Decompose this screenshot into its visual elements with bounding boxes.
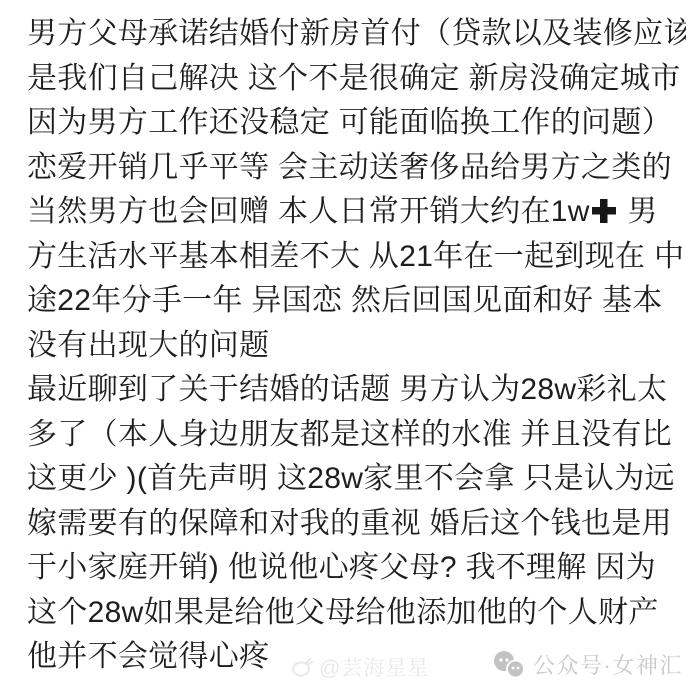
text-line: 于小家庭开销) 他说他心疼父母? 我不理解 因为 [27,546,675,591]
text-line: 没有出现大的问题 [27,324,675,369]
author-watermark-text: @芸海星星 [319,652,429,682]
author-watermark: @芸海星星 [292,652,429,682]
text-line: 方生活水平基本相差不大 从21年在一起到现在 中 [27,235,675,280]
text-line: 途22年分手一年 异国恋 然后回国见面和好 基本 [27,279,675,324]
text-line: 是我们自己解决 这个不是很确定 新房没确定城市 [27,57,675,102]
text-line: 男方父母承诺结婚付新房首付（贷款以及装修应该 [27,12,675,57]
weibo-logo-icon [292,656,314,678]
text-line: 因为男方工作还没稳定 可能面临换工作的问题） [27,101,675,146]
text-line: 当然男方也会回赠 本人日常开销大约在1w 男 [27,190,675,235]
text-segment: 当然男方也会回赠 本人日常开销大约在1w [27,195,590,228]
channel-logo-icon [493,650,526,680]
text-line: 嫁需要有的保障和对我的重视 婚后这个钱也是用 [27,502,675,547]
text-line: 这个28w如果是给他父母给他添加他的个人财产 [27,591,675,636]
channel-watermark: 公众号·女神汇 [493,649,683,680]
text-line: 多了（本人身边朋友都是这样的水准 并且没有比 [27,413,675,458]
post-text-block: 男方父母承诺结婚付新房首付（贷款以及装修应该 是我们自己解决 这个不是很确定 新… [27,12,675,680]
text-line: 最近聊到了关于结婚的话题 男方认为28w彩礼太 [27,368,675,413]
post-screenshot: 男方父母承诺结婚付新房首付（贷款以及装修应该 是我们自己解决 这个不是很确定 新… [0,0,686,691]
channel-watermark-text: 公众号·女神汇 [533,649,683,680]
text-segment: 男 [619,195,658,228]
text-line: 这更少 )(首先声明 这28w家里不会拿 只是认为远 [27,457,675,502]
text-line: 恋爱开销几乎平等 会主动送奢侈品给男方之类的 [27,146,675,191]
heavy-plus-icon [592,199,616,223]
